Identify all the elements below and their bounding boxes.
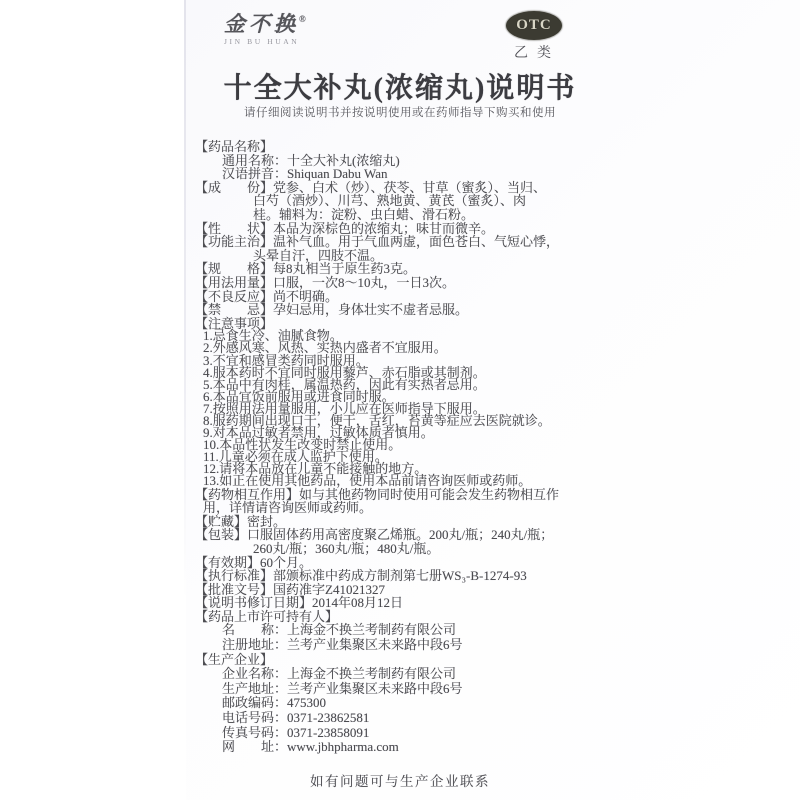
- text-line: 260丸/瓶；360丸/瓶；480丸/瓶。: [195, 542, 615, 556]
- text-line: 传真号码：0371-23858091: [195, 726, 615, 741]
- text-line: 【用法用量】口服，一次8～10丸，一日3次。: [195, 276, 615, 290]
- text-line: 13.如正在使用其他药品，使用本品前请咨询医师或药师。: [195, 475, 615, 487]
- page-title: 十全大补丸(浓缩丸)说明书: [0, 66, 800, 106]
- text-line: 网 址：www.jbhpharma.com: [195, 740, 615, 755]
- brand-pinyin: JIN BU HUAN: [224, 38, 306, 46]
- text-line: 用，详情请咨询医师或药师。: [195, 501, 615, 515]
- otc-badge: OTC 乙类: [503, 11, 565, 62]
- footer-note: 如有问题可与生产企业联系: [0, 770, 800, 790]
- text-line: 注册地址：兰考产业集聚区未来路中段6号: [195, 638, 615, 653]
- otc-oval-icon: OTC: [506, 11, 562, 40]
- text-line: 【包装】口服固体药用高密度聚乙烯瓶。200丸/瓶；240丸/瓶；: [195, 528, 615, 542]
- registered-trademark-icon: ®: [299, 14, 306, 24]
- text-line: 电话号码：0371-23862581: [195, 711, 615, 726]
- page-subtitle: 请仔细阅读说明书并按说明使用或在药师指导下购买和使用: [0, 104, 800, 120]
- brand-name: 金不换®: [224, 14, 306, 35]
- otc-category-label: 乙类: [509, 42, 565, 62]
- otc-label: OTC: [516, 17, 552, 34]
- text-line: 邮政编码：475300: [195, 696, 615, 711]
- text-line: 汉语拼音：Shiquan Dabu Wan: [195, 167, 615, 181]
- text-line: 【说明书修订日期】2014年08月12日: [195, 596, 615, 610]
- text-line: 桂。辅料为：淀粉、虫白蜡、滑石粉。: [195, 208, 615, 222]
- text-line: 【禁 忌】孕妇忌用，身体壮实不虚者忌服。: [195, 303, 615, 317]
- section-drug-info: 【药品名称】通用名称：十全大补丸(浓缩丸)汉语拼音：Shiquan Dabu W…: [195, 140, 615, 330]
- text-line: 【执行标准】部颁标准中药成方制剂第七册WS₃-B-1274-93: [195, 569, 615, 583]
- brand-logo: 金不换® JIN BU HUAN: [224, 14, 306, 46]
- section-precautions: 1.忌食生冷、油腻食物。2.外感风寒、风热、实热内盛者不宜服用。3.不宜和感冒类…: [195, 330, 615, 487]
- text-line: 企业名称：上海金不换兰考制药有限公司: [195, 667, 615, 682]
- text-line: 名 称：上海金不换兰考制药有限公司: [195, 623, 615, 638]
- text-line: 【药品名称】: [195, 140, 615, 154]
- section-manufacturer: 名 称：上海金不换兰考制药有限公司注册地址：兰考产业集聚区未来路中段6号【生产企…: [195, 623, 615, 754]
- leaflet-body: 【药品名称】通用名称：十全大补丸(浓缩丸)汉语拼音：Shiquan Dabu W…: [195, 140, 615, 755]
- text-line: 【功能主治】温补气血。用于气血两虚，面色苍白、气短心悸，: [195, 235, 615, 249]
- text-line: 【规 格】每8丸相当于原生药3克。: [195, 262, 615, 276]
- text-line: 白芍（酒炒）、川芎、熟地黄、黄芪（蜜炙）、肉: [195, 194, 615, 208]
- section-regulatory: 【药物相互作用】如与其他药物同时使用可能会发生药物相互作用，详情请咨询医师或药师…: [195, 488, 615, 624]
